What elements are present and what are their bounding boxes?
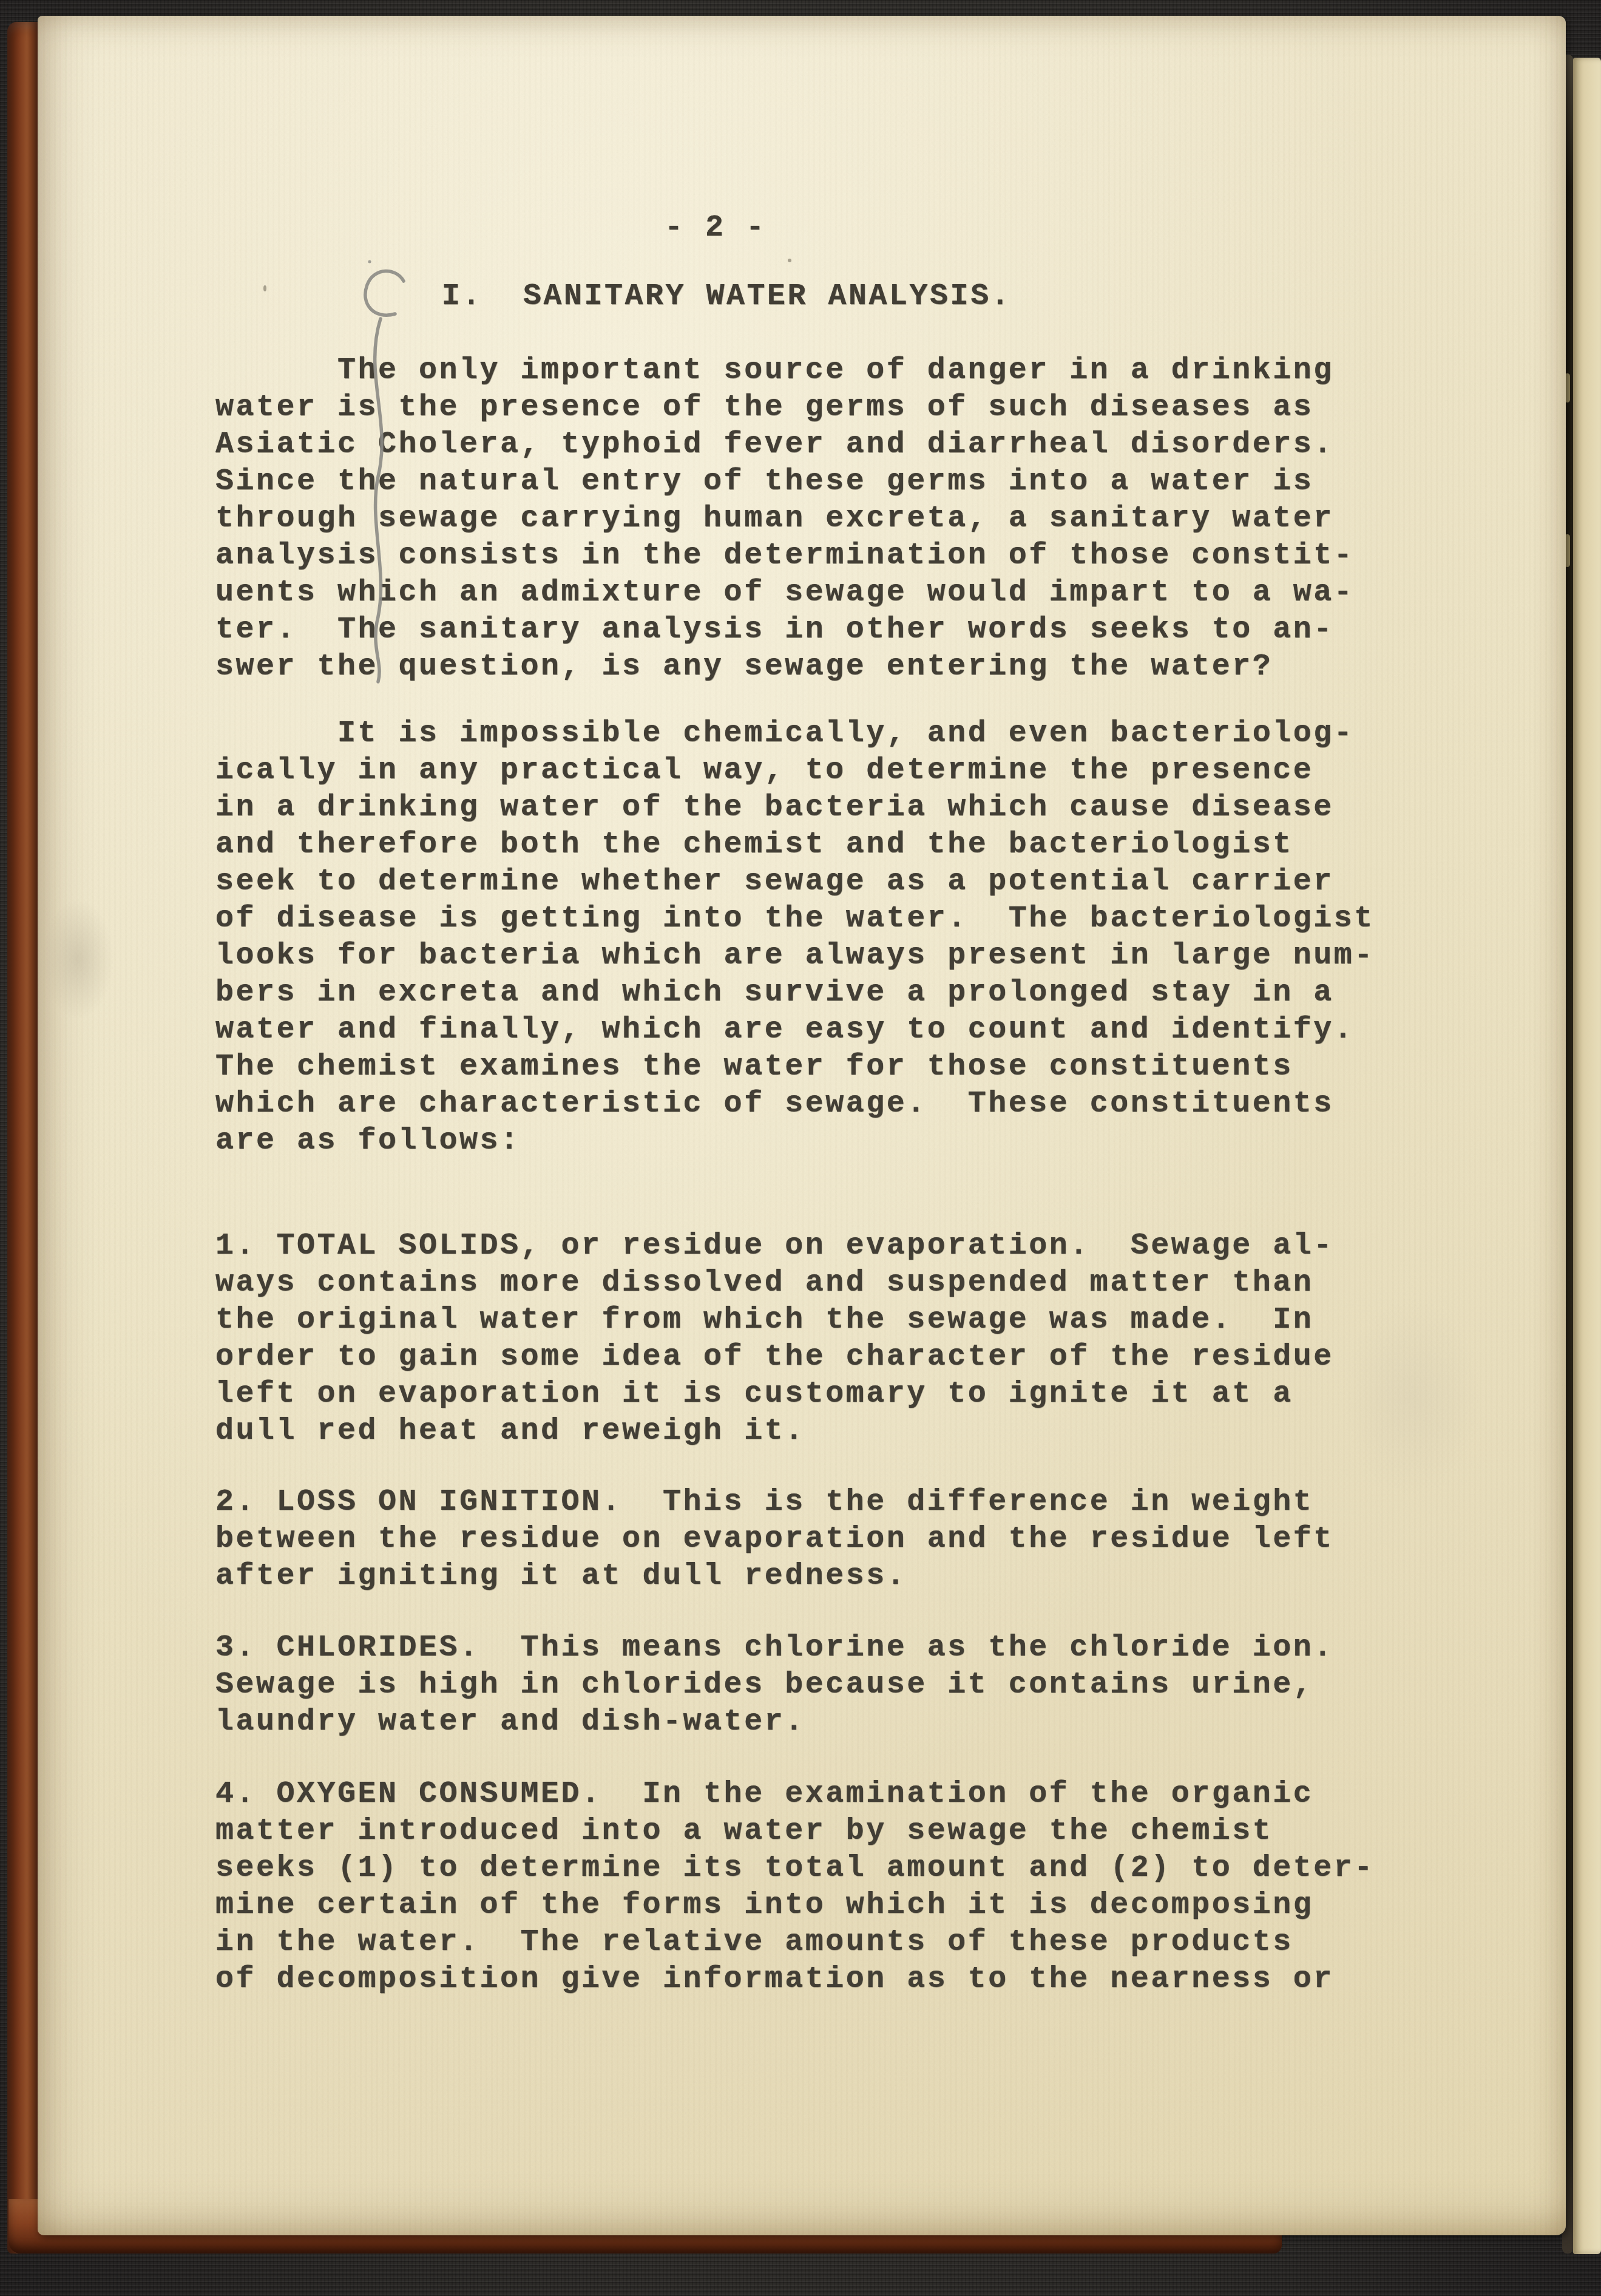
section-heading: I. SANITARY WATER ANALYSIS. [442,278,1601,315]
list-item-loss-on-ignition: 2. LOSS ON IGNITION. This is the differe… [215,1484,1417,1595]
next-page-edge [1573,58,1601,2254]
paragraph-method: It is impossible chemically, and even ba… [215,715,1417,1160]
paragraph-intro: The only important source of danger in a… [215,352,1417,685]
paper-smudge [41,898,114,1020]
book-spine-leather [7,22,39,2254]
document-page: - 2 - I. SANITARY WATER ANALYSIS. The on… [38,16,1566,2235]
list-item-oxygen-consumed: 4. OXYGEN CONSUMED. In the examination o… [215,1776,1417,1998]
book-scan-background: - 2 - I. SANITARY WATER ANALYSIS. The on… [0,0,1601,2296]
pencil-tick [263,285,266,291]
ink-speck [788,259,791,262]
list-item-total-solids: 1. TOTAL SOLIDS, or residue on evaporati… [215,1228,1417,1450]
page-number: - 2 - [665,209,1601,246]
list-item-chlorides: 3. CHLORIDES. This means chlorine as the… [215,1629,1417,1741]
